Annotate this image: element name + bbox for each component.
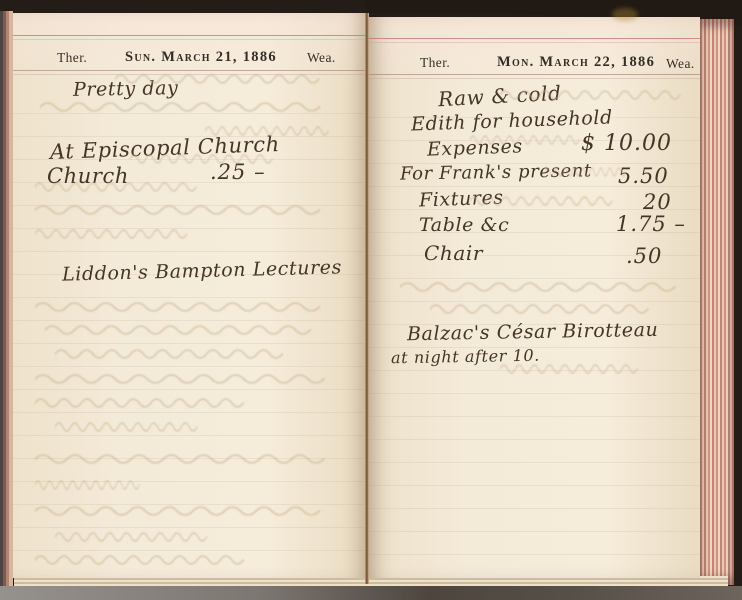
ghost-writing	[35, 452, 340, 466]
center-gutter	[365, 13, 369, 584]
ghost-writing	[35, 504, 335, 518]
ghost-writing	[470, 194, 620, 208]
ghost-writing	[35, 180, 205, 194]
diary-entry: Table &c	[419, 216, 509, 235]
fore-edge-pages	[700, 19, 734, 585]
ghost-writing	[470, 133, 585, 147]
ther-label: Ther.	[57, 50, 87, 66]
ghost-writing	[35, 396, 255, 410]
entry-amount: 1.75 –	[616, 214, 686, 235]
diary-page-left: Ther. Sun. March 21, 1886 Wea. Pretty da…	[13, 13, 365, 578]
ghost-writing	[35, 372, 340, 386]
header-rule-top	[369, 38, 700, 43]
left-binding-edge	[0, 11, 13, 591]
ghost-writing	[35, 227, 195, 241]
date-heading: Mon. March 22, 1886	[497, 54, 655, 71]
wea-label: Wea.	[666, 56, 695, 72]
date-heading: Sun. March 21, 1886	[125, 49, 277, 66]
ghost-writing	[400, 280, 690, 294]
ghost-writing	[205, 124, 335, 138]
wea-label: Wea.	[307, 50, 336, 66]
ghost-writing	[545, 165, 630, 179]
ghost-writing	[55, 530, 215, 544]
ghost-writing	[45, 323, 325, 337]
entry-amount: .50	[626, 246, 662, 267]
diary-scan: Ther. Sun. March 21, 1886 Wea. Pretty da…	[0, 0, 742, 600]
ghost-writing	[500, 88, 690, 102]
entry-amount: $ 10.00	[581, 133, 672, 155]
book-cover-bottom	[0, 586, 742, 600]
entry-amount: 20	[643, 192, 672, 213]
ghost-writing	[500, 362, 645, 376]
ghost-writing	[115, 72, 330, 86]
diary-entry: Chair	[424, 243, 483, 263]
ghost-writing	[55, 420, 205, 434]
ther-label: Ther.	[420, 55, 450, 71]
ghost-writing	[40, 100, 335, 114]
header-rule-bottom	[369, 74, 700, 79]
ghost-writing	[35, 553, 255, 567]
ghost-writing	[430, 302, 660, 316]
ghost-writing	[35, 300, 335, 314]
header-rule-top	[13, 35, 365, 40]
diary-entry: Balzac's César Birotteau	[407, 321, 659, 344]
ghost-writing	[130, 152, 280, 166]
ghost-writing	[35, 203, 335, 217]
ghost-writing	[55, 347, 295, 361]
ghost-writing	[35, 478, 145, 492]
paper-stain	[612, 8, 638, 21]
